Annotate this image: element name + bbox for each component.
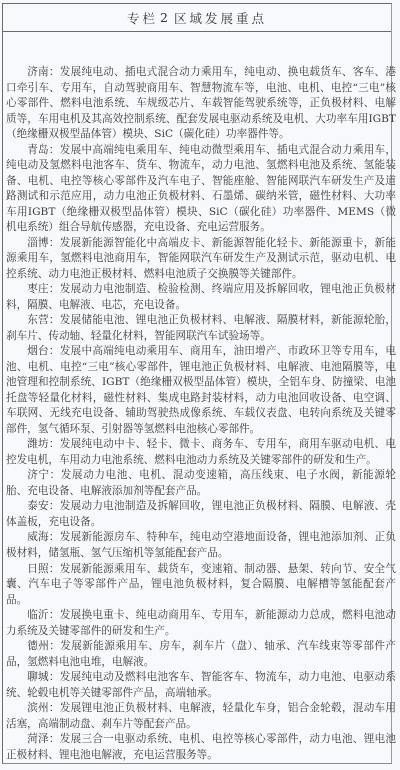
region-text: ：发展纯电动、插电式混合动力乘用车，纯电动、换电载货车、客车、港口牵引车、专用车… [6, 66, 396, 140]
region-paragraph-qingdao: 青岛：发展中高端纯电乘用车、纯电动微型乘用车、插电式混合动力乘用车，纯电动及氢燃… [6, 143, 396, 236]
city-name: 济南 [27, 66, 49, 78]
region-text: ：发展新能源智能化中高端皮卡、新能源智能化轻卡、新能源重卡，新能源乘用车，氢燃料… [6, 237, 396, 280]
region-paragraph-heze: 菏泽：发展三合一电驱动系统、电机、电控等核心零部件，动力电池、锂电池正极材料、锂… [6, 732, 396, 763]
city-name: 淄博 [27, 237, 49, 249]
region-text: ：发展动力电池制造、检验检测、终端应用及拆解回收，锂电池正负极材料，隔膜、电解液… [6, 283, 396, 311]
region-paragraph-liaocheng: 聊城：发展纯电动及燃料电池客车、智能客车、物流车，动力电池、电驱动系统、轮毂电机… [6, 670, 396, 701]
city-name: 枣庄 [27, 283, 49, 295]
region-text: ：发展动力电池、电机、混动变速箱，高压线束、电子水阀，新能源轮胎、充电设备、电解… [6, 469, 396, 497]
region-text: ：发展纯电动中卡、轻卡、微卡、商务车、专用车，商用车驱动电机、电控发电机，车用动… [6, 438, 396, 466]
city-name: 青岛 [27, 144, 49, 156]
region-text: ：发展三合一电驱动系统、电机、电控等核心零部件，动力电池、锂电池正极材料、锂电池… [6, 733, 396, 761]
region-paragraph-zaozhuang: 枣庄：发展动力电池制造、检验检测、终端应用及拆解回收，锂电池正负极材料，隔膜、电… [6, 282, 396, 313]
city-name: 济宁 [27, 469, 49, 481]
box-content: 济南：发展纯电动、插电式混合动力乘用车，纯电动、换电载货车、客车、港口牵引车、专… [6, 65, 396, 763]
box-title: 区域发展重点 [174, 9, 267, 27]
region-paragraph-zibo: 淄博：发展新能源智能化中高端皮卡、新能源智能化轻卡、新能源重卡，新能源乘用车，氢… [6, 236, 396, 283]
city-name: 滨州 [27, 702, 49, 714]
region-paragraph-dezhou: 德州：发展新能源乘用车、房车，刹车片（盘）、轴承、汽车线束等零部件产品，氢燃料电… [6, 639, 396, 670]
region-paragraph-weifang: 潍坊：发展纯电动中卡、轻卡、微卡、商务车、专用车，商用车驱动电机、电控发电机，车… [6, 437, 396, 468]
region-text: ：发展锂电池正负极材料、电解液，轻量化车身，铝合金轮毂，混动车用活塞，高端制动盘… [6, 702, 396, 730]
box-title-number: 2 [160, 10, 168, 25]
region-text: ：发展新能源乘用车、房车，刹车片（盘）、轴承、汽车线束等零部件产品，氢燃料电池电… [6, 640, 396, 668]
region-paragraph-taian: 泰安：发展动力电池制造及拆解回收，锂电池正负极材料、隔膜、电解液、壳体盖板，充电… [6, 499, 396, 530]
city-name: 东营 [27, 314, 49, 326]
region-text: ：发展中高端纯电乘用车、纯电动微型乘用车、插电式混合动力乘用车，纯电动及氢燃料电… [6, 144, 396, 234]
region-paragraph-dongying: 东营：发展储能电池、锂电池正负极材料、电解液、隔膜材料，新能源轮胎，刹车片、传动… [6, 313, 396, 344]
region-paragraph-linyi: 临沂：发展换电重卡、纯电动商用车、专用车，新能源动力总成，燃料电池动力系统及关键… [6, 608, 396, 639]
city-name: 日照 [27, 563, 49, 575]
region-paragraph-weihai: 威海：发展新能源房车、特种车，纯电动空港地面设备，锂电池添加剂、正负极材料，储氢… [6, 530, 396, 561]
region-text: ：发展纯电动及燃料电池客车、智能客车、物流车，动力电池、电驱动系统、轮毂电机等关… [6, 671, 396, 699]
region-text: ：发展新能源乘用车、载货车，变速箱、制动器、悬架、转向节、安全气囊、汽车电子等零… [6, 563, 396, 606]
region-text: ：发展储能电池、锂电池正负极材料、电解液、隔膜材料，新能源轮胎，刹车片、传动轴、… [6, 314, 396, 342]
box-title-prefix: 专栏 [127, 9, 158, 27]
city-name: 聊城 [27, 671, 49, 683]
region-paragraph-jinan: 济南：发展纯电动、插电式混合动力乘用车，纯电动、换电载货车、客车、港口牵引车、专… [6, 65, 396, 143]
region-text: ：发展换电重卡、纯电动商用车、专用车，新能源动力总成，燃料电池动力系统及关键零部… [6, 609, 396, 637]
region-text: ：发展动力电池制造及拆解回收，锂电池正负极材料、隔膜、电解液、壳体盖板，充电设备… [6, 500, 396, 528]
city-name: 烟台 [27, 345, 49, 357]
region-text: ：发展新能源房车、特种车，纯电动空港地面设备，锂电池添加剂、正负极材料，储氢瓶、… [6, 531, 396, 559]
region-text: ：发展中高端纯电动乘用车、商用车，油田增产、市政环卫等专用车，电池、电机、电控“… [6, 345, 396, 435]
city-name: 威海 [27, 531, 49, 543]
city-name: 德州 [27, 640, 49, 652]
box-header: 专栏 2 区域发展重点 [3, 4, 391, 32]
region-paragraph-jining: 济宁：发展动力电池、电机、混动变速箱，高压线束、电子水阀，新能源轮胎、充电设备、… [6, 468, 396, 499]
region-paragraph-yantai: 烟台：发展中高端纯电动乘用车、商用车，油田增产、市政环卫等专用车，电池、电机、电… [6, 344, 396, 437]
region-paragraph-binzhou: 滨州：发展锂电池正负极材料、电解液，轻量化车身，铝合金轮毂，混动车用活塞，高端制… [6, 701, 396, 732]
city-name: 菏泽 [27, 733, 49, 745]
city-name: 临沂 [27, 609, 49, 621]
region-paragraph-rizhao: 日照：发展新能源乘用车、载货车，变速箱、制动器、悬架、转向节、安全气囊、汽车电子… [6, 562, 396, 609]
city-name: 潍坊 [27, 438, 49, 450]
city-name: 泰安 [27, 500, 49, 512]
